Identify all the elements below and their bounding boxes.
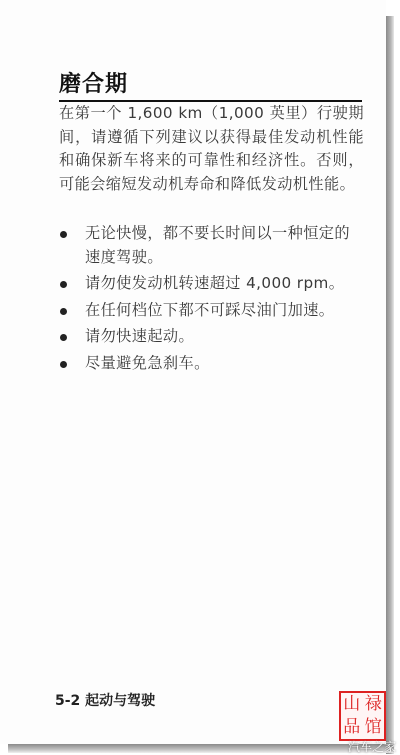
recommendation-list: 无论快慢，都不要长时间以一种恒定的速度驾驶。 请勿使发动机转速超过 4,000 …	[59, 222, 364, 378]
red-seal-stamp: 山 禄 品 馆	[339, 691, 386, 741]
list-item: 请勿使发动机转速超过 4,000 rpm。	[59, 272, 364, 296]
list-item: 无论快慢，都不要长时间以一种恒定的速度驾驶。	[59, 222, 364, 269]
list-item: 在任何档位下都不可踩尽油门加速。	[59, 299, 364, 323]
page-shadow-bottom	[8, 744, 394, 753]
page-footer: 5-2 起动与驾驶	[55, 690, 155, 710]
section-title: 磨合期	[59, 72, 362, 102]
bullet-icon	[60, 334, 67, 341]
bullet-icon	[60, 308, 67, 315]
page-shadow-right	[386, 16, 394, 754]
bullet-icon	[60, 281, 67, 288]
bullet-icon	[60, 361, 67, 368]
bullet-icon	[60, 231, 67, 238]
intro-paragraph: 在第一个 1,600 km（1,000 英里）行驶期间，请遵循下列建议以获得最佳…	[59, 102, 364, 196]
manual-page: 磨合期 在第一个 1,600 km（1,000 英里）行驶期间，请遵循下列建议以…	[0, 0, 386, 744]
list-item: 尽量避免急刹车。	[59, 352, 364, 376]
watermark: 汽车之家	[348, 738, 396, 755]
list-item: 请勿快速起动。	[59, 325, 364, 349]
